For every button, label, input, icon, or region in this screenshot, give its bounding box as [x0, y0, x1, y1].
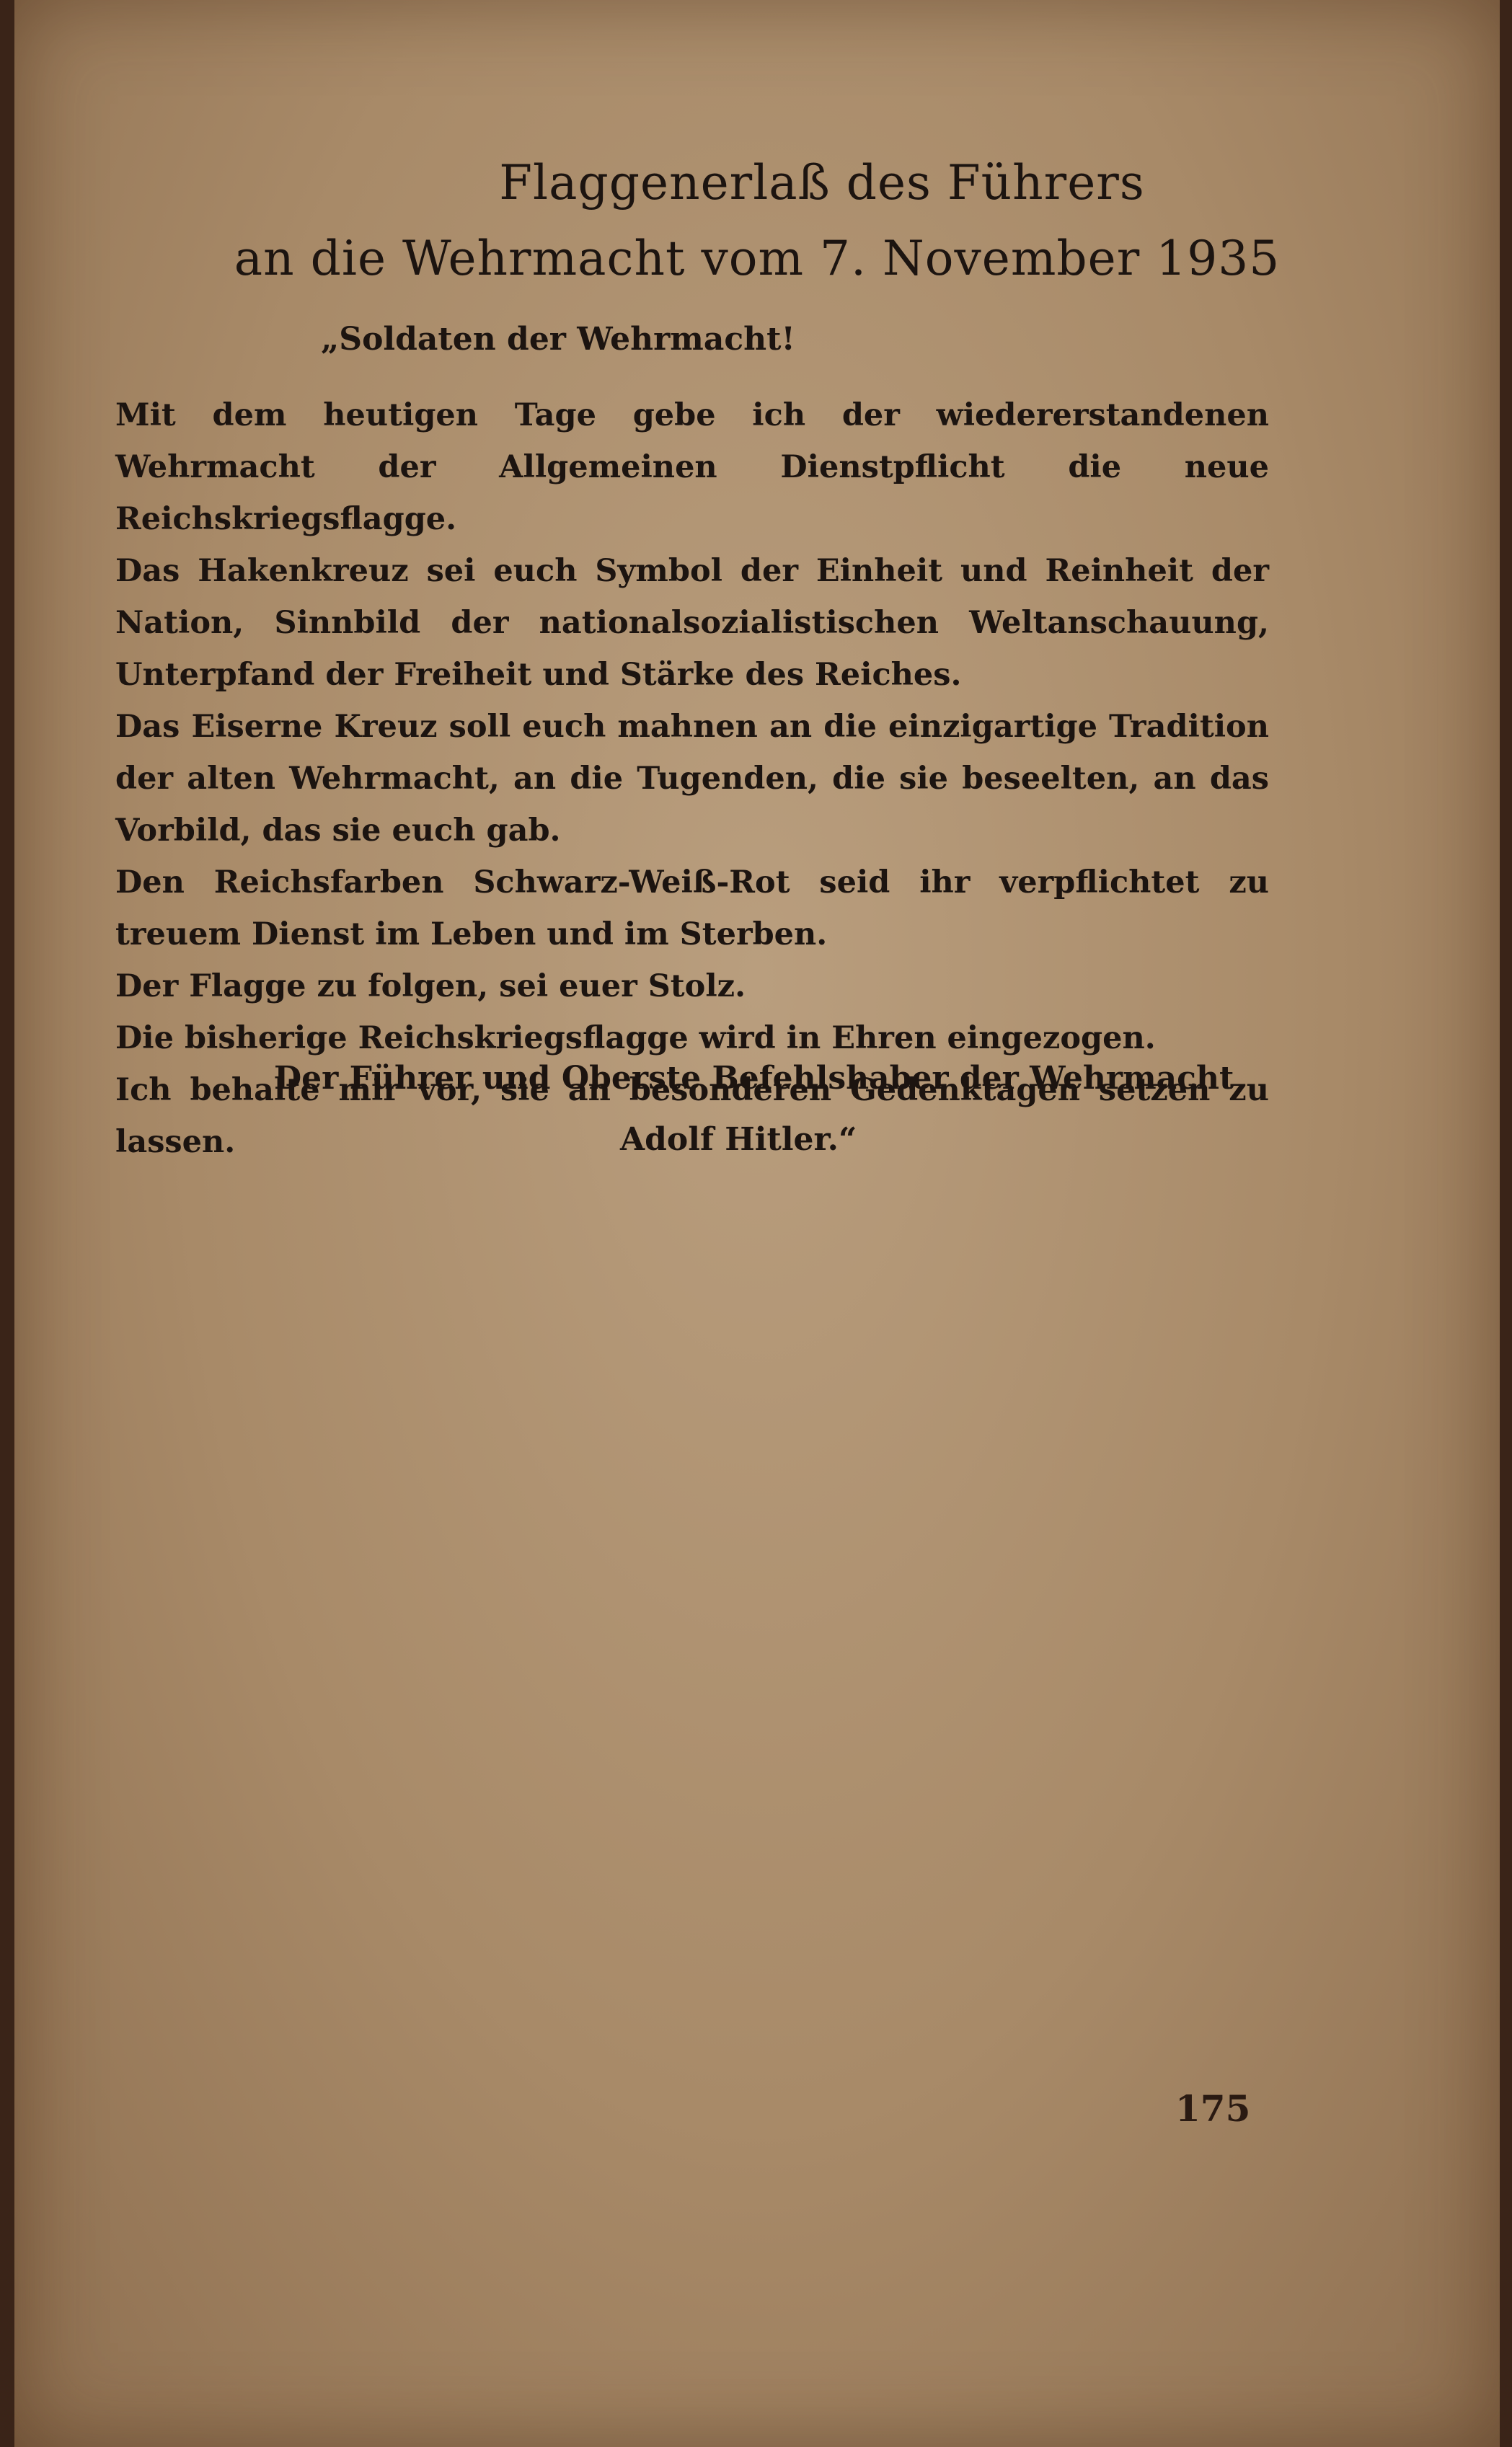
document-title-line-1: Flaggenerlaß des Führers — [79, 155, 1512, 211]
paragraph: Das Eiserne Kreuz soll euch mahnen an di… — [115, 701, 1269, 857]
paragraph: Mit dem heutigen Tage gebe ich der wiede… — [115, 389, 1269, 545]
signature-title: Der Führer und Oberste Befehlshaber der … — [274, 1060, 1234, 1097]
paragraph: Die bisherige Reichskriegsflagge wird in… — [115, 1012, 1269, 1064]
paragraph: Das Hakenkreuz sei euch Symbol der Einhe… — [115, 545, 1269, 701]
paragraph: Den Reichsfarben Schwarz-Weiß-Rot seid i… — [115, 857, 1269, 960]
signature-name: Adolf Hitler.“ — [620, 1121, 857, 1158]
salutation: „Soldaten der Wehrmacht! — [321, 321, 795, 358]
book-page: Flaggenerlaß des Führers an die Wehrmach… — [14, 0, 1500, 2447]
page-number: 175 — [1175, 2087, 1250, 2130]
document-title-line-2: an die Wehrmacht vom 7. November 1935 — [14, 231, 1500, 286]
paragraph: Der Flagge zu folgen, sei euer Stolz. — [115, 960, 1269, 1012]
decree-body: Mit dem heutigen Tage gebe ich der wiede… — [115, 389, 1269, 1168]
